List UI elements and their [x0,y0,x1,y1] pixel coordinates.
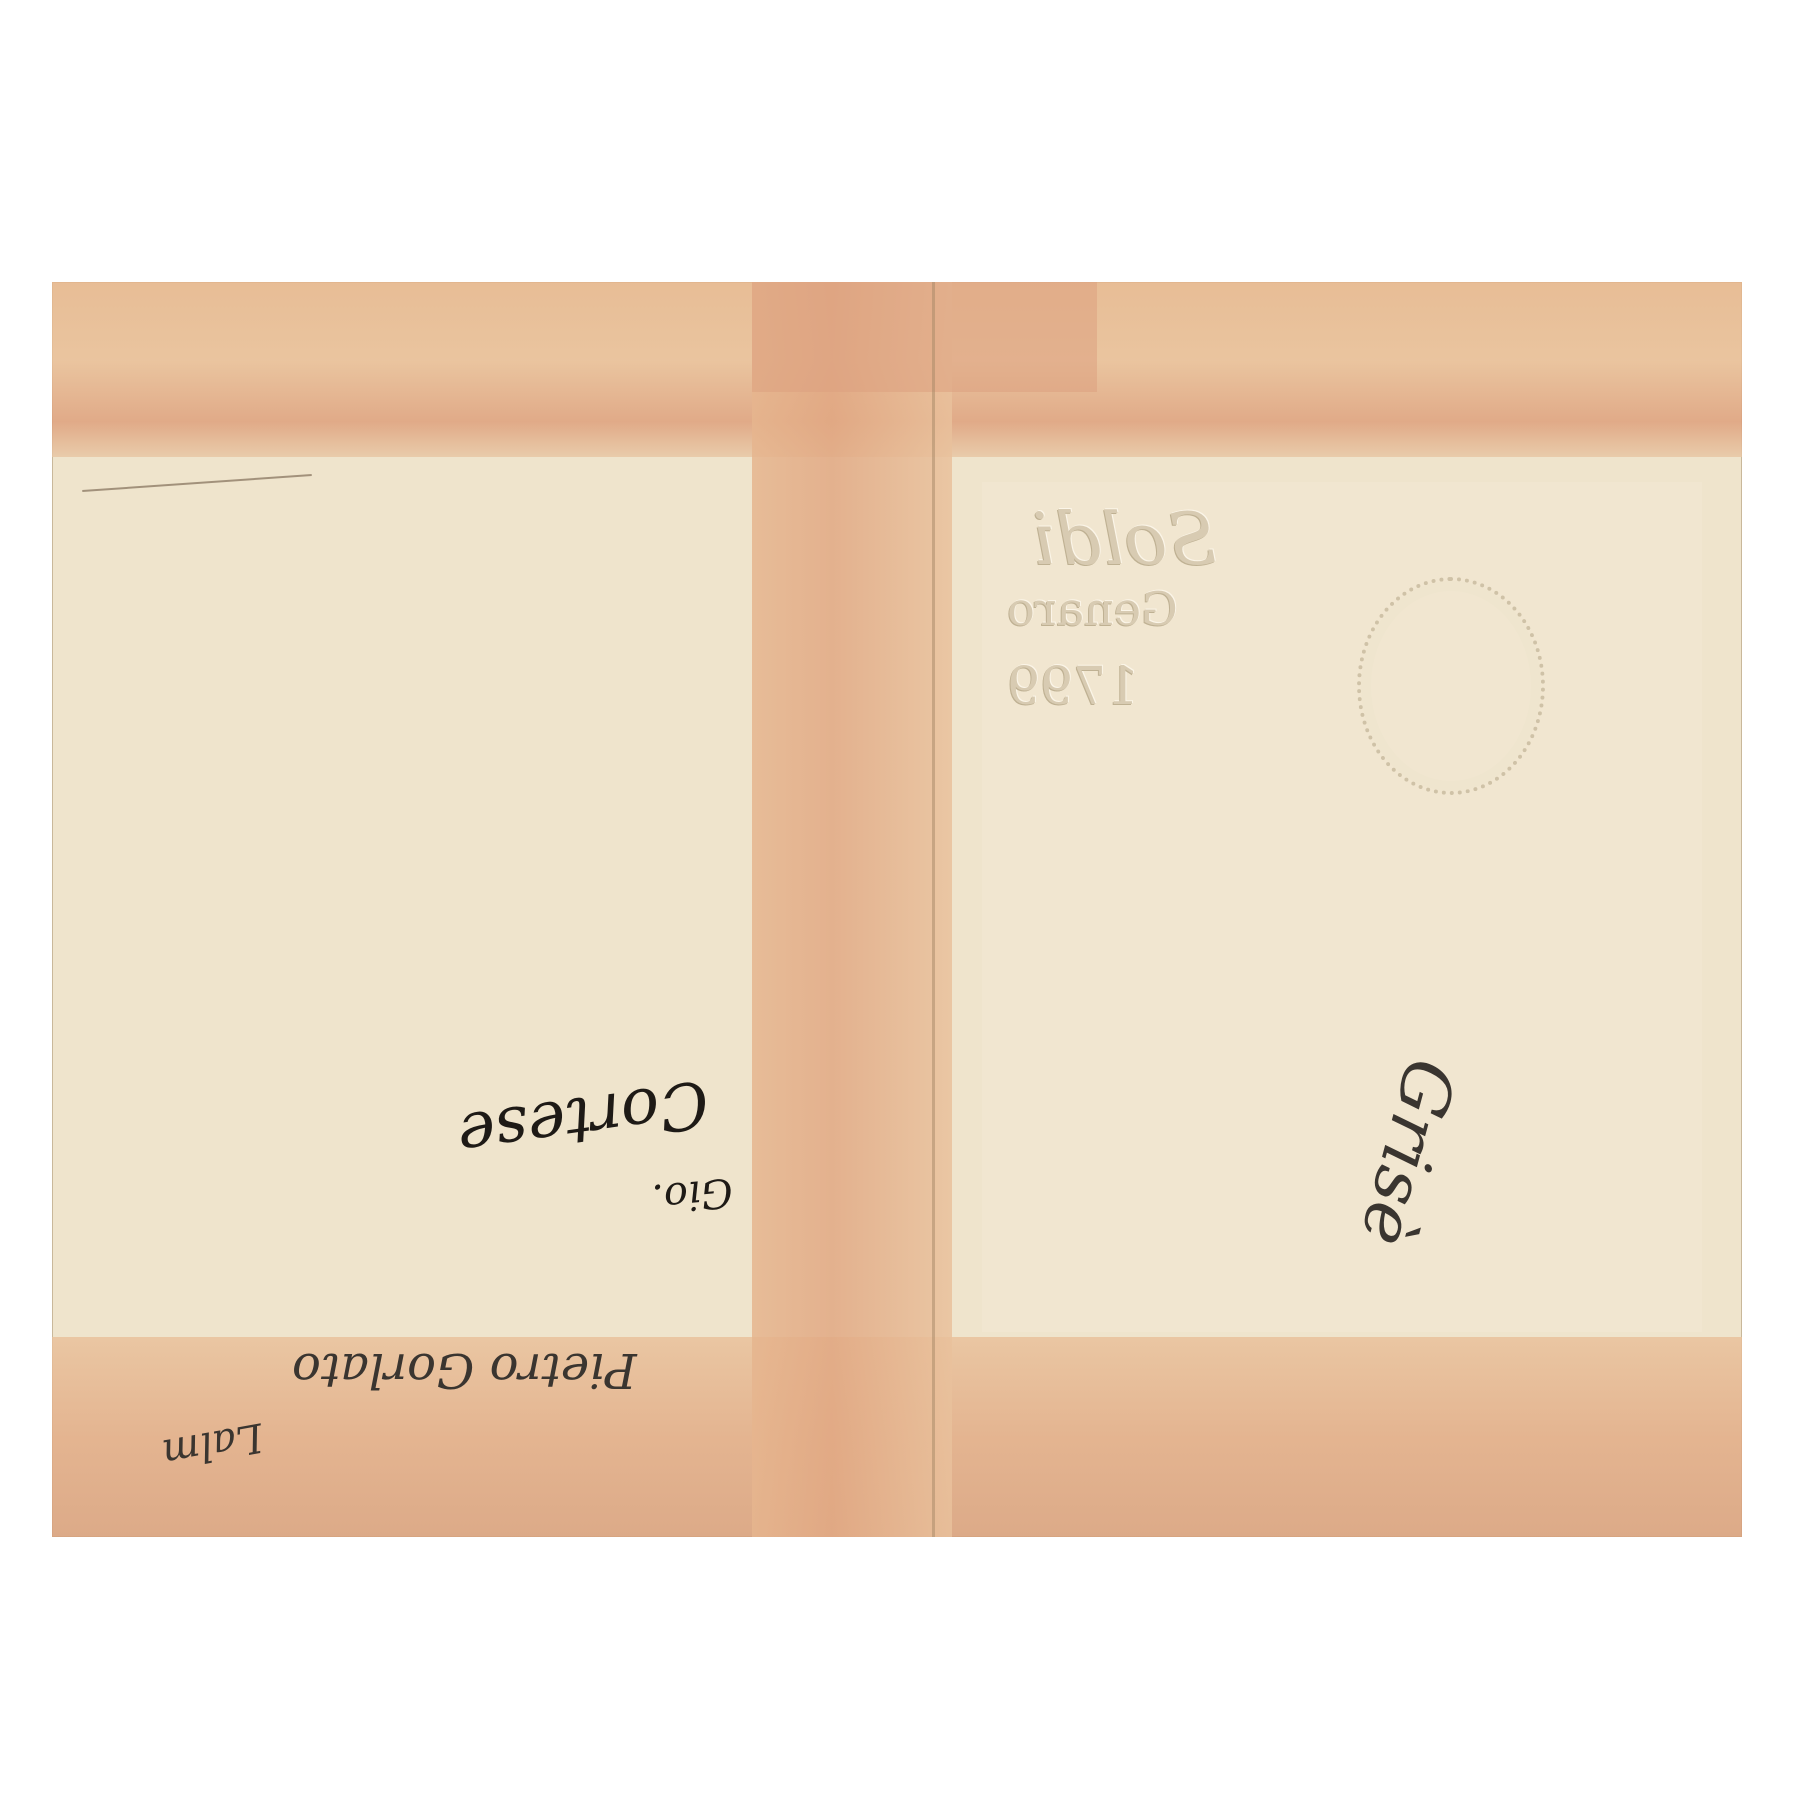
tape-patch [752,282,1097,392]
embossed-stamp-line1: Soldi [1032,497,1217,581]
embossed-stamp-line2: Genaro [1007,582,1178,636]
document-sheet: Soldi Genaro 1799 Cortese Gio. Pietro Go… [52,282,1742,1537]
signature-center: Cortese [453,1065,713,1173]
embossed-stamp-year: 1799 [1007,657,1139,717]
embossed-seal-icon [1357,577,1545,795]
fold-line [932,282,935,1537]
tape-vertical [752,282,952,1537]
name-bottom: Pietro Gorlato [292,1342,637,1398]
paper-crack [82,474,312,492]
signature-prefix: Gio. [650,1169,735,1222]
